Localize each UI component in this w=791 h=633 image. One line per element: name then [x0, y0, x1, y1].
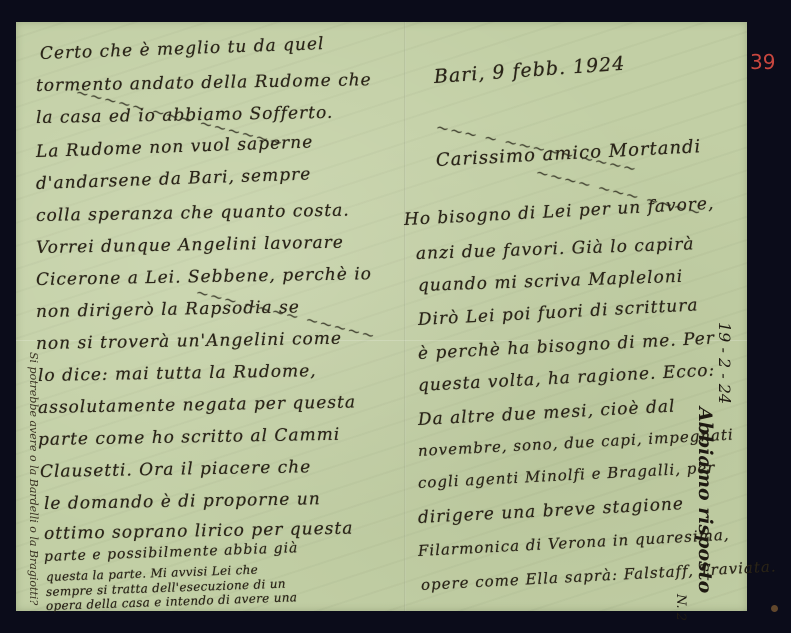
margin-note-left: Si potrebbe avere o la Bardelli o la Bra…	[27, 352, 40, 605]
letter-line: d'andarsene da Bari, sempre	[36, 164, 312, 194]
letter-line: novembre, sono, due capi, impegnati	[418, 425, 735, 460]
letter-line: parte e possibilmente abbia già	[44, 540, 299, 565]
letter-line: La Rudome non vuol saperne	[36, 132, 314, 162]
letter-paper: ~~~ ~ ~~~~~ ~~~~ ~~~~ ~~~ ~~~~ ~~~~~ ~~~…	[16, 22, 747, 611]
letter-line: Cicerone a Lei. Sebbene, perchè io	[36, 264, 372, 290]
margin-note-response: Abbiamo risposto	[694, 407, 716, 593]
letter-line: parte come ho scritto al Cammi	[38, 425, 341, 450]
letter-line: è perchè ha bisogno di me. Per	[417, 328, 715, 364]
letter-line: Dirò Lei poi fuori di scrittura	[417, 295, 699, 330]
margin-note-date: 19 - 2 - 24	[715, 322, 734, 404]
letter-line: Certo che è meglio tu da quel	[40, 34, 325, 64]
letter-line: colla speranza che quanto costa.	[36, 201, 350, 226]
letter-line: dirigere una breve stagione	[417, 494, 684, 528]
letter-line: non si troverà un'Angelini come	[36, 329, 342, 354]
letter-line: ottimo soprano lirico per questa	[44, 519, 354, 544]
letter-line: tormento andato della Rudome che	[36, 70, 372, 96]
letter-line: non dirigerò la Rapsodia se	[36, 297, 300, 322]
letter-line: anzi due favori. Già lo capirà	[416, 234, 695, 264]
letter-line: Filarmonica di Verona in quaresima,	[418, 526, 730, 560]
margin-note-number: N. 2	[673, 594, 688, 621]
letter-line: cogli agenti Minolfi e Bragalli, per	[418, 458, 716, 492]
letter-line: quando mi scriva Mapleloni	[418, 267, 684, 296]
folio-number: 39	[750, 50, 775, 74]
letter-line: lo dice: mai tutta la Rudome,	[38, 361, 317, 386]
letter-line: Da altre due mesi, cioè dal	[417, 397, 675, 430]
letter-line: le domando è di proporne un	[44, 489, 321, 514]
letter-line: Clausetti. Ora il piacere che	[40, 457, 312, 482]
letter-line: assolutamente negata per questa	[38, 392, 356, 418]
letter-line: Vorrei dunque Angelini lavorare	[36, 233, 344, 258]
dateline: Bari, 9 febb. 1924	[433, 53, 626, 88]
letter-line: Ho bisogno di Lei per un favore,	[403, 194, 714, 230]
center-fold	[404, 22, 406, 611]
letter-line: la casa ed io abbiamo Sofferto.	[36, 103, 334, 128]
letter-line: questa volta, ha ragione. Ecco:	[417, 360, 715, 396]
paper-stain	[771, 605, 778, 612]
letter-line: opere come Ella saprà: Falstaff, Traviat…	[421, 557, 778, 594]
